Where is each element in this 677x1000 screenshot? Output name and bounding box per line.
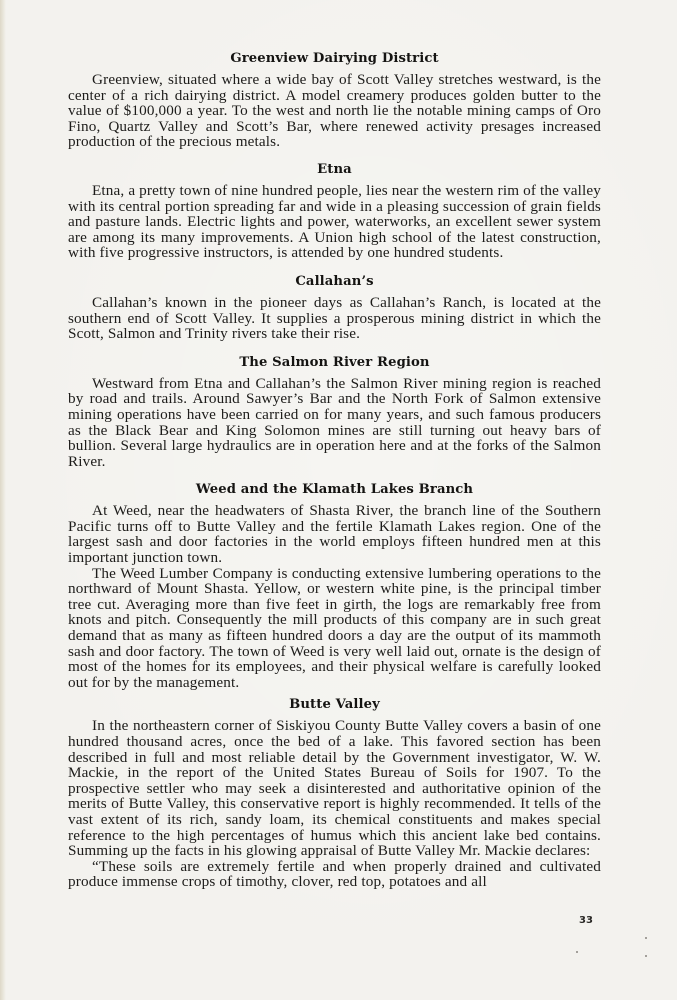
section-etna: Etna Etna, a pretty town of nine hundred… (68, 161, 601, 261)
page-content: Greenview Dairying District Greenview, s… (68, 50, 601, 890)
section-callahans: Callahan’s Callahan’s known in the pione… (68, 273, 601, 342)
paragraph: In the northeastern corner of Siskiyou C… (68, 718, 601, 858)
page-binding-edge (0, 0, 6, 1000)
paragraph: Westward from Etna and Callahan’s the Sa… (68, 376, 601, 470)
paper-speck (645, 955, 647, 957)
section-heading: Weed and the Klamath Lakes Branch (68, 481, 601, 499)
section-weed-klamath-lakes: Weed and the Klamath Lakes Branch At Wee… (68, 481, 601, 690)
section-butte-valley: Butte Valley In the northeastern corner … (68, 696, 601, 890)
paragraph: Callahan’s known in the pioneer days as … (68, 295, 601, 342)
section-greenview: Greenview Dairying District Greenview, s… (68, 50, 601, 150)
section-salmon-river-region: The Salmon River Region Westward from Et… (68, 354, 601, 470)
section-heading: Etna (68, 161, 601, 179)
section-heading: Greenview Dairying District (68, 50, 601, 68)
paper-speck (645, 937, 647, 939)
page-number: 33 (579, 915, 593, 926)
paragraph: “These soils are extremely fertile and w… (68, 859, 601, 890)
paragraph: At Weed, near the headwaters of Shasta R… (68, 503, 601, 565)
paper-speck (576, 951, 578, 953)
section-heading: The Salmon River Region (68, 354, 601, 372)
paragraph: The Weed Lumber Company is conducting ex… (68, 566, 601, 691)
paragraph: Greenview, situated where a wide bay of … (68, 72, 601, 150)
section-heading: Callahan’s (68, 273, 601, 291)
section-heading: Butte Valley (68, 696, 601, 714)
paragraph: Etna, a pretty town of nine hundred peop… (68, 183, 601, 261)
